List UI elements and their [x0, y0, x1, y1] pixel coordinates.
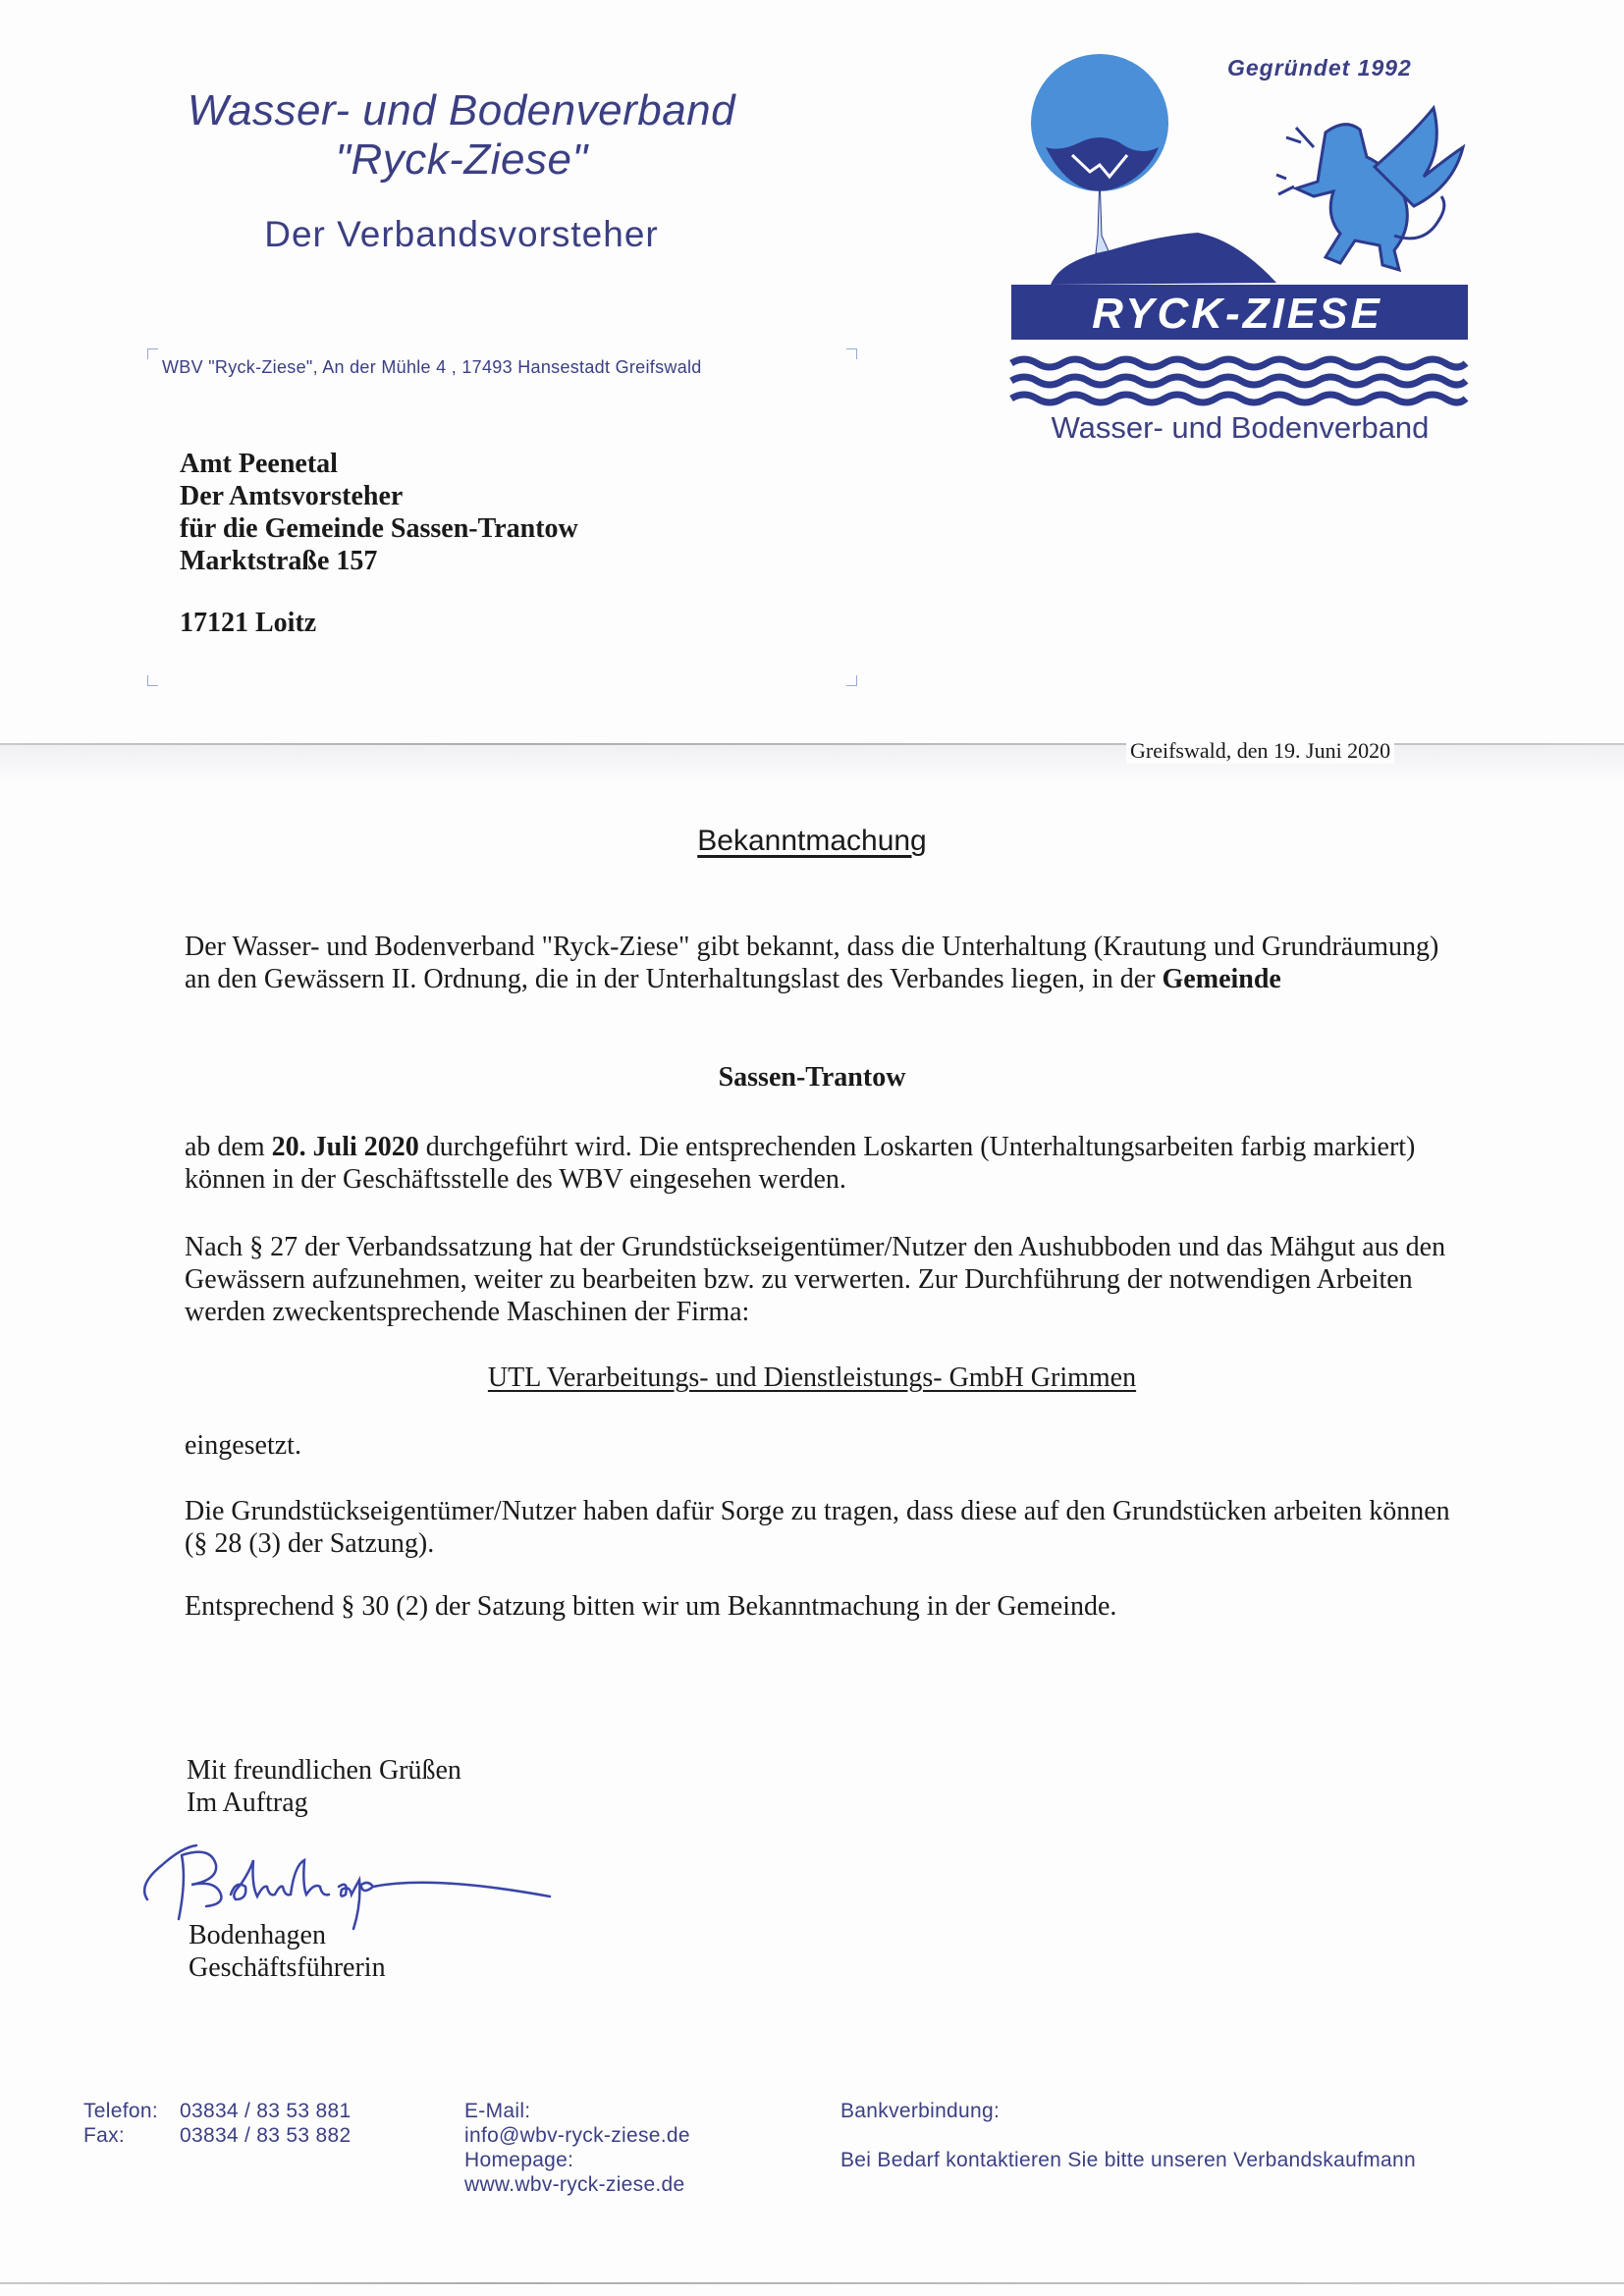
signer: Bodenhagen Geschäftsführerin — [189, 1919, 386, 1984]
municipality-name: Sassen-Trantow — [0, 1062, 1624, 1094]
organization-title-line2: "Ryck-Ziese" — [98, 135, 825, 185]
signer-title: Geschäftsführerin — [189, 1951, 386, 1984]
paragraph-intro: Der Wasser- und Bodenverband "Ryck-Ziese… — [185, 931, 1451, 995]
logo-subtitle: Wasser- und Bodenverband — [1009, 410, 1471, 446]
paragraph-request: Entsprechend § 30 (2) der Satzung bitten… — [185, 1590, 1451, 1623]
footer-contact: E-Mail: info@wbv-ryck-ziese.de Homepage:… — [464, 2099, 690, 2197]
paragraph-text: ab dem — [185, 1132, 272, 1162]
contractor-company: UTL Verarbeitungs- und Dienstleistungs- … — [0, 1362, 1624, 1394]
start-date: 20. Juli 2020 — [272, 1132, 419, 1162]
griffin-icon — [1276, 108, 1463, 270]
sender-address-line: WBV "Ryck-Ziese", An der Mühle 4 , 17493… — [162, 357, 702, 378]
recipient-address: Amt Peenetal Der Amtsvorsteher für die G… — [180, 448, 578, 639]
email-label: E-Mail: — [464, 2099, 690, 2123]
address-window-corner — [147, 348, 158, 359]
email-link[interactable]: info@wbv-ryck-ziese.de — [464, 2123, 690, 2148]
paper-fold-line — [0, 2282, 1624, 2284]
logo-name: RYCK-ZIESE — [1011, 290, 1463, 339]
recipient-line: für die Gemeinde Sassen-Trantow — [180, 512, 578, 545]
organization-title: Wasser- und Bodenverband "Ryck-Ziese" — [98, 86, 825, 185]
document-heading-text: Bekanntmachung — [697, 825, 927, 857]
recipient-city: 17121 Loitz — [180, 607, 578, 639]
founded-label: Gegründet 1992 — [1227, 55, 1412, 81]
waves-icon — [1011, 359, 1466, 402]
fax-label: Fax: — [83, 2123, 180, 2148]
greeting: Mit freundlichen Grüßen — [187, 1754, 461, 1787]
address-window-corner — [147, 675, 158, 686]
paragraph-obligations: Nach § 27 der Verbandssatzung hat der Gr… — [185, 1231, 1451, 1328]
paragraph-bold-text: Gemeinde — [1163, 964, 1281, 994]
recipient-line: Der Amtsvorsteher — [180, 480, 578, 512]
signer-name: Bodenhagen — [189, 1919, 386, 1951]
address-window-corner — [846, 348, 857, 359]
organization-title-line1: Wasser- und Bodenverband — [98, 86, 825, 135]
paragraph-deployed: eingesetzt. — [185, 1429, 1451, 1462]
recipient-line: Marktstraße 157 — [180, 545, 578, 577]
footer-phone-fax: Telefon:03834 / 83 53 881 Fax:03834 / 83… — [83, 2099, 351, 2148]
tree-icon — [1031, 54, 1168, 253]
footer-bank: Bankverbindung: Bei Bedarf kontaktieren … — [840, 2099, 1416, 2172]
on-behalf: Im Auftrag — [187, 1787, 461, 1819]
letter-date: Greifswald, den 19. Juni 2020 — [1126, 738, 1394, 764]
recipient-line: Amt Peenetal — [180, 448, 578, 480]
address-window-corner — [846, 675, 857, 686]
phone-label: Telefon: — [83, 2099, 180, 2123]
phone-number[interactable]: 03834 / 83 53 881 — [180, 2100, 351, 2122]
bank-note: Bei Bedarf kontaktieren Sie bitte unsere… — [840, 2148, 1416, 2172]
bank-label: Bankverbindung: — [840, 2099, 1416, 2123]
fax-number: 03834 / 83 53 882 — [180, 2124, 351, 2147]
homepage-link[interactable]: www.wbv-ryck-ziese.de — [464, 2172, 690, 2197]
signature-icon — [137, 1826, 569, 1934]
contractor-company-name: UTL Verarbeitungs- und Dienstleistungs- … — [488, 1362, 1136, 1393]
paragraph-date: ab dem 20. Juli 2020 durchgeführt wird. … — [185, 1131, 1451, 1196]
hill-icon — [1051, 233, 1276, 285]
document-heading: Bekanntmachung — [0, 825, 1624, 858]
homepage-label: Homepage: — [464, 2148, 690, 2172]
paragraph-owner-duty: Die Grundstückseigentümer/Nutzer haben d… — [185, 1495, 1451, 1560]
closing: Mit freundlichen Grüßen Im Auftrag — [187, 1754, 461, 1819]
organization-subtitle: Der Verbandsvorsteher — [98, 214, 825, 255]
organization-logo — [1001, 39, 1492, 461]
